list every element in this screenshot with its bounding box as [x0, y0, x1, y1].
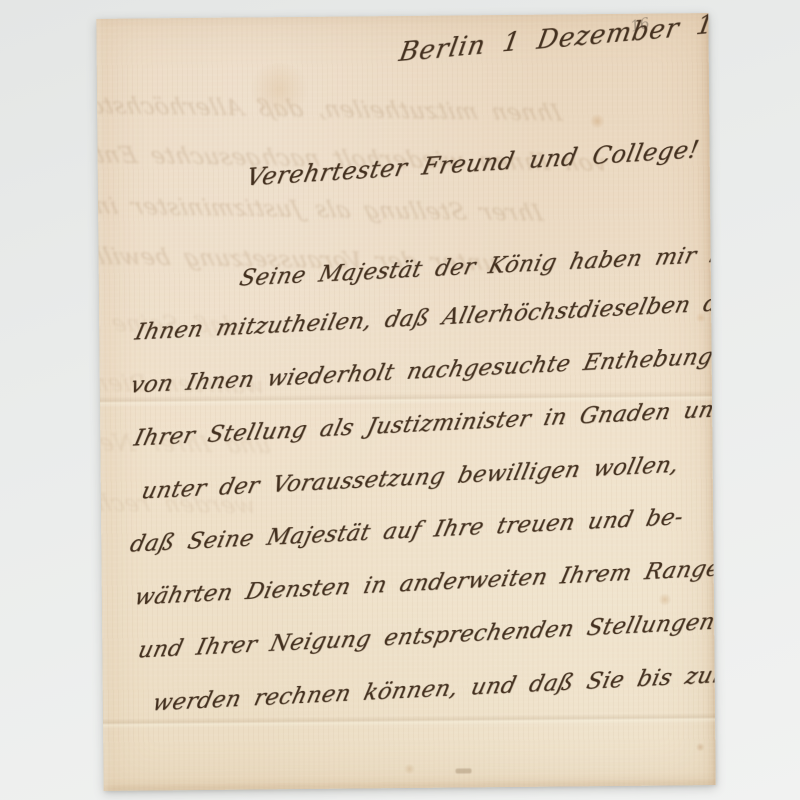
- body-line: von Ihnen wiederholt nachgesuchte Entheb…: [128, 341, 716, 399]
- body-line: währten Diensten in anderweiten Ihrem Ra…: [132, 555, 716, 610]
- foxing-spot: [403, 764, 415, 774]
- body-line: Ihrer Stellung als Justizminister in Gna…: [131, 396, 715, 452]
- photo-backdrop: Ihnen mitzutheilen, daß Allerhöchstdiese…: [0, 0, 800, 800]
- body-line: werden rechnen können, und daß Sie bis z…: [150, 662, 716, 717]
- paper-stain: [247, 63, 311, 116]
- show-through-line: Ihnen mitzutheilen, daß Allerhöchstdiese…: [96, 90, 565, 126]
- body-line: daß Seine Majestät auf Ihre treuen und b…: [127, 504, 686, 558]
- foxing-spot: [658, 593, 672, 605]
- ink-speck: [456, 768, 472, 773]
- show-through-line: Ihrer Stellung als Justizminister in Gna…: [96, 191, 545, 227]
- letter-paper: Ihnen mitzutheilen, daß Allerhöchstdiese…: [96, 13, 715, 791]
- foxing-spot: [695, 743, 705, 751]
- foxing-spot: [589, 114, 605, 128]
- body-line: und Ihrer Neigung entsprechenden Stellun…: [135, 609, 715, 664]
- letter-dateline: Berlin 1 Dezember 1867: [397, 13, 716, 68]
- body-line: unter der Voraussetzung bewilligen wolle…: [139, 452, 682, 505]
- body-line: Seine Majestät der König haben mir befoh…: [237, 237, 716, 292]
- body-line: Ihnen mitzutheilen, daß Allerhöchstdiese…: [132, 289, 715, 345]
- letter-salutation: Verehrtester Freund und College!: [244, 135, 702, 191]
- fold-crease-lower: [103, 713, 715, 729]
